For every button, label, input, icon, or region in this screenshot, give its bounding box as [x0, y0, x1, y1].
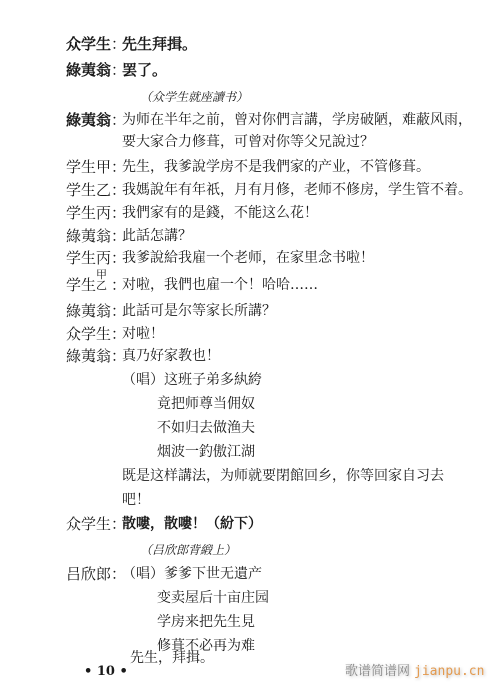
dialogue-text: 先生，拜揖。	[130, 648, 214, 668]
dialogue-text: 真乃好家教也！	[122, 346, 220, 366]
speaker-name: 学生	[66, 275, 96, 295]
speaker-name: 綠荑翁	[66, 346, 111, 366]
speaker-subscript: 甲 乙	[96, 269, 107, 291]
dialogue-text: 我爹說給我雇一个老师，在家里念书啦！	[122, 248, 374, 268]
verse-text: 变卖屋后十亩庄园	[157, 588, 269, 608]
watermark-site-name: 歌谱简谱网	[345, 664, 410, 679]
verse-text: 烟波一釣傲江湖	[157, 442, 255, 462]
verse-text: 竟把师尊当佣奴	[157, 394, 255, 414]
dialogue-text: 要大家合力修葺，可曾对你等父兄說过？	[122, 132, 374, 152]
script-page: 众学生 ： 先生拜揖。 綠荑翁 ： 罢了。 （众学生就座讀书） 綠荑翁 ： 为师…	[0, 0, 492, 690]
speaker-name: 綠荑翁	[66, 60, 111, 80]
dialogue-text: 先生，我爹說学房不是我們家的产业，不管修葺。	[122, 157, 430, 177]
speaker-name: 綠荑翁	[66, 226, 111, 246]
sung-text: （唱）这班子弟多紈絝	[122, 370, 262, 390]
speaker-name: 众学生	[66, 324, 111, 344]
speaker-name: 学生乙	[66, 180, 111, 200]
speaker-name: 綠荑翁	[66, 110, 111, 130]
speaker-name: 学生丙	[66, 248, 111, 268]
stage-direction: （众学生就座讀书）	[140, 87, 248, 107]
verse-text: 学房来把先生見	[157, 612, 255, 632]
speaker-name: 吕欣郎	[66, 564, 111, 584]
dialogue-text: 为师在半年之前，曾对你們言講，学房破陋，难蔽风雨，	[122, 110, 472, 130]
speaker-sub-yi: 乙	[96, 280, 107, 291]
dialogue-text: 我媽說年有年祇，月有月修，老师不修房，学生管不着。	[122, 180, 472, 200]
speaker-name: 綠荑翁	[66, 301, 111, 321]
stage-direction: （吕欣郎背緞上）	[140, 540, 236, 560]
speaker-name: 学生丙	[66, 203, 111, 223]
dialogue-text: 散嘍，散嘍！（紛下）	[122, 514, 262, 534]
watermark-domain: jianpu.cn	[414, 664, 484, 679]
watermark: 歌谱简谱网jianpu.cn	[345, 660, 484, 679]
speaker-name: 众学生	[66, 514, 111, 534]
page-number: • 10 •	[84, 664, 128, 679]
speaker-name: 众学生	[66, 34, 111, 54]
dialogue-text: 此話可是尔等家长所講？	[122, 301, 276, 321]
verse-text: 不如归去做渔夫	[157, 418, 255, 438]
sung-text: （唱）爹爹下世无遺产	[122, 564, 262, 584]
dialogue-text: 吧！	[122, 490, 150, 510]
dialogue-text: 既是这样講法，为师就要閉館回乡，你等回家自习去	[122, 466, 444, 486]
dialogue-text: 对啦，我們也雇一个！哈哈……	[122, 275, 318, 295]
dialogue-text: 此話怎講？	[122, 226, 192, 246]
dialogue-text: 先生拜揖。	[122, 34, 197, 54]
dialogue-text: 罢了。	[122, 60, 167, 80]
speaker-name: 学生甲	[66, 157, 111, 177]
dialogue-text: 我們家有的是錢，不能这么花！	[122, 203, 318, 223]
dialogue-text: 对啦！	[122, 324, 164, 344]
